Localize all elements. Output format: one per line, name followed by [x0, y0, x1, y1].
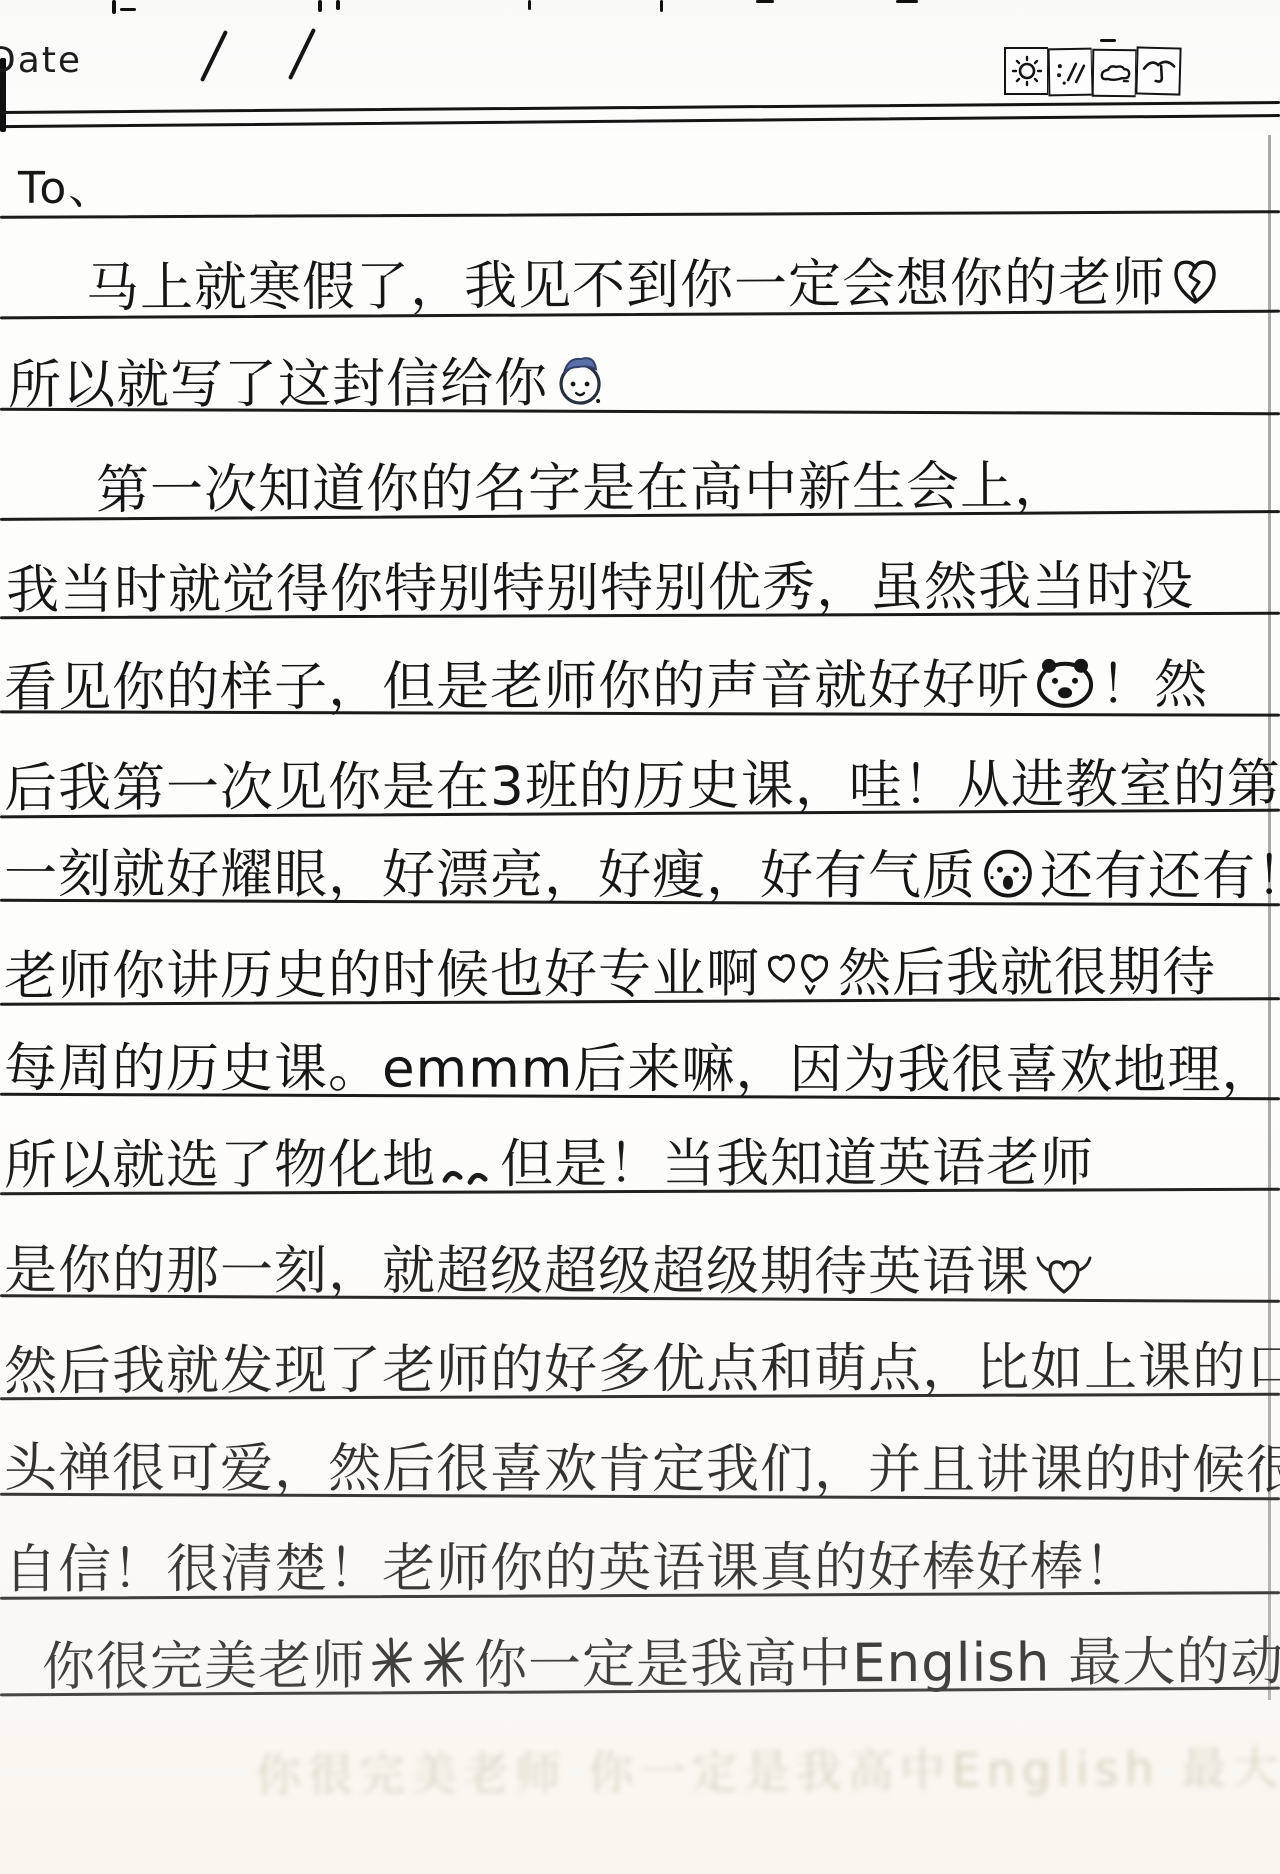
- wind-drizzle-icon: [1053, 55, 1088, 90]
- date-slash: [288, 28, 316, 80]
- line-text: ！然: [1100, 658, 1208, 712]
- umbrella-icon: [1140, 54, 1177, 89]
- line-text: 还有还有！: [1040, 850, 1280, 905]
- line-text: 我当时就觉得你特别特别特别优秀，虽然我当时没: [6, 560, 1194, 618]
- letter-line: 后我第一次见你是在3班的历史课，哇！从进教室的第: [4, 726, 1280, 816]
- line-text: 第一次知道你的名字是在高中新生会上，: [96, 460, 1068, 518]
- letter-line: 第一次知道你的名字是在高中新生会上，: [96, 428, 1068, 518]
- scan-artifact: [756, 0, 774, 3]
- letter-line: 所以就写了这封信给你: [8, 325, 610, 413]
- line-text: 自信！很清楚！老师你的英语课真的好棒好棒！: [4, 1540, 1138, 1597]
- tilde-marks-doodle-icon: [442, 1166, 494, 1188]
- weather-sunny-cell: [1004, 47, 1048, 95]
- bleed-through-text: 你很完美老师 你一定是我高中English 最大的动力: [255, 1731, 1280, 1805]
- letter-line: 马上就寒假了，我见不到你一定会想你的老师: [86, 224, 1224, 316]
- scan-artifact: [660, 0, 663, 12]
- scan-artifact: [318, 0, 322, 12]
- salutation-text: To、: [18, 167, 114, 212]
- sun-icon: [1010, 54, 1044, 88]
- letter-line: 我当时就觉得你特别特别特别优秀，虽然我当时没: [6, 528, 1194, 618]
- line-text: 但是！当我知道英语老师: [500, 1137, 1094, 1193]
- scan-artifact: [1100, 39, 1116, 42]
- line-text: 一刻就好耀眼，好漂亮，好瘦，好有气质: [4, 848, 976, 904]
- letter-line: 看见你的样子，但是老师你的声音就好好听 ！然: [4, 626, 1208, 715]
- letter-line: 然后我就发现了老师的好多优点和萌点，比如上课的口: [4, 1309, 1280, 1400]
- letter-line: 一刻就好耀眼，好漂亮，好瘦，好有气质 还有还有！: [4, 816, 1280, 904]
- bear-face-doodle-icon: [1036, 655, 1094, 709]
- cat-face-doodle-icon: [554, 351, 604, 407]
- weather-rainy-cell: [1135, 46, 1181, 95]
- cloud-icon: [1096, 56, 1132, 90]
- line-text: 是你的那一刻，就超级超级超级期待英语课: [4, 1244, 1030, 1300]
- ruled-line: [0, 210, 1280, 219]
- line-text: 每周的历史课。emmm后来嘛，因为我很喜欢地理，: [4, 1042, 1276, 1098]
- letter-line: 所以就选了物化地 但是！当我知道英语老师: [4, 1105, 1094, 1194]
- line-text: 马上就寒假了，我见不到你一定会想你的老师: [86, 256, 1166, 316]
- scan-artifact: [120, 8, 136, 11]
- line-text: 你很完美老师: [42, 1639, 366, 1694]
- letter-line: 头禅很可爱，然后很喜欢肯定我们，并且讲课的时候很: [4, 1410, 1280, 1498]
- line-text: 你一定是我高中English 最大的动力: [474, 1635, 1280, 1693]
- crossed-out-scribble-icon: [372, 1635, 468, 1689]
- letter-line: 你很完美老师 你一定是我高中English 最大的动力: [42, 1603, 1280, 1695]
- line-text: 头禅很可爱，然后很喜欢肯定我们，并且讲课的时候很: [4, 1442, 1280, 1498]
- scan-artifact: [896, 0, 918, 3]
- weather-cloudy-cell: [1092, 49, 1137, 98]
- weather-windy-cell: [1048, 48, 1093, 97]
- scanned-letter-page: Date: [0, 0, 1280, 1874]
- line-text: 所以就选了物化地: [4, 1138, 436, 1193]
- broken-heart-doodle-icon: [1172, 258, 1218, 306]
- line-text: 老师你讲历史的时候也好专业啊: [4, 947, 760, 1004]
- header-rule: [0, 101, 1280, 114]
- letter-salutation: To、: [18, 128, 114, 212]
- line-text: 然后我就很期待: [838, 946, 1216, 1001]
- letter-line: 自信！很清楚！老师你的英语课真的好棒好棒！: [4, 1509, 1138, 1598]
- letter-line: 是你的那一刻，就超级超级超级期待英语课: [4, 1212, 1098, 1300]
- header-rule: [0, 114, 1280, 128]
- line-text: 后我第一次见你是在3班的历史课，哇！从进教室的第: [4, 758, 1280, 817]
- line-text: 然后我就发现了老师的好多优点和萌点，比如上课的口: [4, 1341, 1280, 1400]
- scan-artifact: [112, 0, 116, 14]
- line-text: 看见你的样子，但是老师你的声音就好好听: [4, 659, 1030, 716]
- letter-line: 每周的历史课。emmm后来嘛，因为我很喜欢地理，: [4, 1010, 1276, 1098]
- date-label: Date: [0, 40, 82, 81]
- line-text: 所以就写了这封信给你: [8, 357, 548, 413]
- letter-line: 老师你讲历史的时候也好专业啊 然后我就很期待: [4, 914, 1216, 1004]
- date-slash: [200, 30, 228, 82]
- weather-box: [1004, 47, 1181, 97]
- winged-heart-doodle-icon: [1036, 1256, 1092, 1296]
- surprised-face-doodle-icon: [982, 848, 1034, 900]
- double-hearts-doodle-icon: [766, 953, 832, 997]
- scan-artifact: [528, 0, 531, 10]
- scan-artifact: [336, 0, 340, 10]
